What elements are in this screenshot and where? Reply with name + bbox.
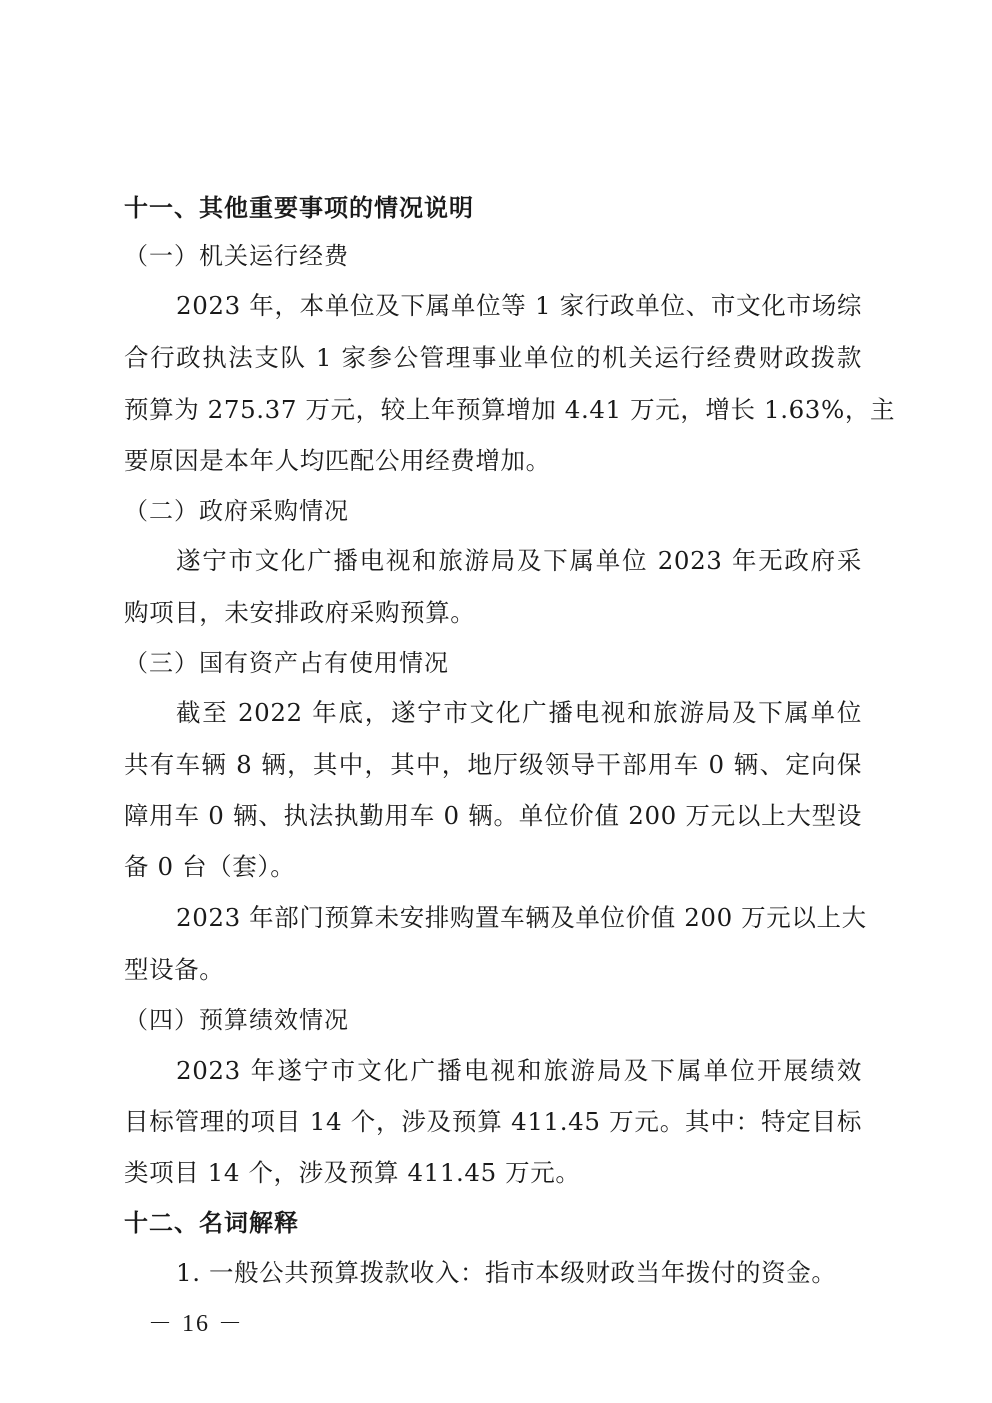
- paragraph-line: 预算为 275.37 万元，较上年预算增加 4.41 万元，增长 1.63%，主: [124, 395, 862, 425]
- glossary-item: 1. 一般公共预算拨款收入：指市本级财政当年拨付的资金。: [124, 1258, 862, 1288]
- paragraph-line: 型设备。: [124, 955, 862, 985]
- paragraph-line: 2023 年遂宁市文化广播电视和旅游局及下属单位开展绩效: [124, 1056, 862, 1086]
- subsection-title-4: （四）预算绩效情况: [124, 1005, 862, 1035]
- paragraph-line: 截至 2022 年底，遂宁市文化广播电视和旅游局及下属单位: [124, 698, 862, 728]
- paragraph-line: 合行政执法支队 1 家参公管理事业单位的机关运行经费财政拨款: [124, 343, 862, 373]
- subsection-title-2: （二）政府采购情况: [124, 496, 862, 526]
- subsection-title-1: （一）机关运行经费: [124, 241, 862, 271]
- paragraph-line: 遂宁市文化广播电视和旅游局及下属单位 2023 年无政府采: [124, 546, 862, 576]
- paragraph-line: 备 0 台（套）。: [124, 852, 862, 882]
- paragraph-line: 购项目，未安排政府采购预算。: [124, 598, 862, 628]
- section-heading-12: 十二、名词解释: [124, 1208, 862, 1238]
- paragraph-line: 目标管理的项目 14 个，涉及预算 411.45 万元。其中：特定目标: [124, 1107, 862, 1137]
- paragraph-line: 类项目 14 个，涉及预算 411.45 万元。: [124, 1158, 862, 1188]
- page-number: － 16 －: [148, 1303, 244, 1338]
- section-heading-11: 十一、其他重要事项的情况说明: [124, 193, 862, 223]
- paragraph-line: 2023 年，本单位及下属单位等 1 家行政单位、市文化市场综: [124, 291, 862, 321]
- paragraph-line: 障用车 0 辆、执法执勤用车 0 辆。单位价值 200 万元以上大型设: [124, 801, 862, 831]
- paragraph-line: 2023 年部门预算未安排购置车辆及单位价值 200 万元以上大: [124, 903, 862, 933]
- paragraph-line: 要原因是本年人均匹配公用经费增加。: [124, 446, 862, 476]
- subsection-title-3: （三）国有资产占有使用情况: [124, 648, 862, 678]
- paragraph-line: 共有车辆 8 辆，其中，其中，地厅级领导干部用车 0 辆、定向保: [124, 750, 862, 780]
